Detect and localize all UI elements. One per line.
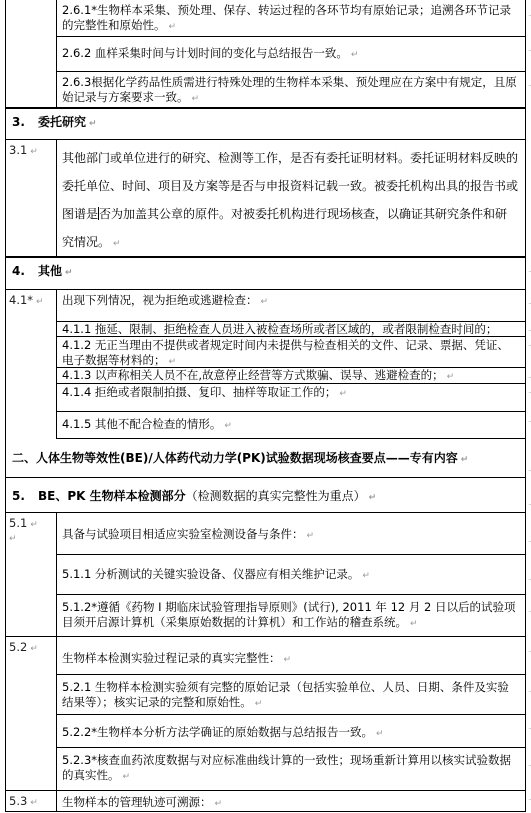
part-2-header: 二、人体生物等效性(BE)/人体药代动力学(PK)试验数据现场核查要点——专有内… [5, 439, 526, 478]
item-5-2-2[interactable]: 5.2.2*生物样本分析方法学确证的原始数据与总结报告一致。↵ [56, 715, 526, 748]
item-number-cell: 3.1↵ [5, 140, 56, 257]
section-5-header: 5.BE、PK 生物样本检测部分（检测数据的真实完整性为重点）↵ [5, 478, 526, 513]
paragraph-mark-icon: ↵ [261, 297, 269, 307]
item-2-6-2[interactable]: 2.6.2 血样采集时间与计划时间的变化与总结报告一致。↵ [56, 37, 526, 72]
item-number: 5.3 [9, 794, 27, 808]
paragraph-mark-icon: ↵ [123, 772, 131, 782]
section-title: 委托研究 [38, 115, 86, 129]
item-text: 4.1.3 以声称相关人员不在,故意停止经营等方式欺骗、误导、逃避检查的； [62, 368, 444, 382]
section-title: BE、PK 生物样本检测部分 [38, 489, 186, 503]
item-5-2-1[interactable]: 5.2.1 生物样本检测实验须有完整的原始记录（包括实验单位、人员、日期、条件及… [56, 675, 526, 715]
paragraph-mark-icon: ↵ [192, 94, 200, 104]
item-5-1-1[interactable]: 5.1.1 分析测试的关键实验设备、仪器应有相关维护记录。↵ [56, 555, 526, 595]
paragraph-mark-icon: ↵ [307, 531, 315, 541]
section-subtitle: （检测数据的真实完整性为重点） [186, 489, 366, 503]
paragraph-mark-icon: ↵ [30, 147, 38, 157]
paragraph-mark-icon: ↵ [65, 268, 73, 278]
paragraph-mark-icon: ↵ [410, 619, 418, 629]
item-text: 5.2.1 生物样本检测实验须有完整的原始记录（包括实验单位、人员、日期、条件及… [62, 680, 509, 709]
item-4-1-intro[interactable]: 出现下列情况，视为拒绝或逃避检查：↵ [56, 290, 526, 322]
paragraph-mark-icon: ↵ [376, 729, 384, 739]
item-number-cell: 4.1*↵ [5, 290, 56, 439]
paragraph-mark-icon: ↵ [369, 493, 377, 503]
paragraph-mark-icon: ↵ [113, 239, 121, 249]
item-number-cell: 5.3↵ [5, 791, 56, 812]
item-text: 4.1.2 无正当理由不提供或者规定时间内未提供与检查相关的文件、记录、票据、凭… [62, 338, 509, 367]
section-number: 5. [12, 489, 38, 503]
paragraph-mark-icon: ↵ [30, 644, 38, 654]
paragraph-mark-icon: ↵ [284, 655, 292, 665]
paragraph-mark-icon: ↵ [339, 389, 347, 399]
paragraph-mark-icon: ↵ [30, 798, 38, 808]
paragraph-mark-icon: ↵ [169, 22, 177, 32]
item-text: 生物样本的管理轨迹可溯源： [62, 795, 212, 809]
item-5-2-3[interactable]: 5.2.3*核查血药浓度数据与对应标准曲线计算的一致性；现场重新计算用以核实试验… [56, 748, 526, 791]
item-text: 2.6.2 血样采集时间与计划时间的变化与总结报告一致。 [62, 46, 348, 60]
item-text: 2.6.3根据化学药品性质需进行特殊处理的生物样本采集、预处理应在方案中有规定，… [62, 75, 517, 104]
item-text: 2.6.1*生物样本采集、预处理、保存、转运过程的各环节均有原始记录；追溯各环节… [62, 3, 511, 32]
item-5-3-intro[interactable]: 生物样本的管理轨迹可溯源：↵ [56, 791, 526, 812]
item-2-6-3[interactable]: 2.6.3根据化学药品性质需进行特殊处理的生物样本采集、预处理应在方案中有规定，… [56, 72, 526, 108]
item-text: 5.2.2*生物样本分析方法学确证的原始数据与总结报告一致。 [62, 725, 373, 739]
item-text: 5.1.1 分析测试的关键实验设备、仪器应有相关维护记录。 [62, 567, 359, 581]
item-2-6-1[interactable]: 2.6.1*生物样本采集、预处理、保存、转运过程的各环节均有原始记录；追溯各环节… [56, 0, 526, 37]
item-number: 5.1 [9, 516, 27, 530]
paragraph-mark-icon: ↵ [224, 421, 232, 431]
paragraph-mark-icon: ↵ [9, 534, 17, 544]
paragraph-mark-icon: ↵ [351, 50, 359, 60]
section-3-header: 3.委托研究↵ [5, 109, 526, 140]
paragraph-mark-icon: ↵ [30, 520, 38, 530]
section-number: 3. [12, 115, 38, 129]
paragraph-mark-icon: ↵ [362, 571, 370, 581]
item-text: 出现下列情况，视为拒绝或逃避检查： [62, 293, 258, 307]
item-number: 4.1* [9, 293, 33, 307]
item-4-1-4[interactable]: 4.1.4 拒绝或者限制拍摄、复印、抽样等取证工作的；↵ [56, 384, 526, 412]
continuation-left-cell [5, 0, 56, 108]
item-text: 4.1.1 拖延、限制、拒绝检查人员进入被检查场所或者区域的，或者限制检查时间的… [62, 322, 497, 336]
item-text: 4.1.4 拒绝或者限制拍摄、复印、抽样等取证工作的； [62, 385, 336, 399]
paragraph-mark-icon: ↵ [169, 357, 177, 367]
item-text: 具备与试验项目相适应实验室检测设备与条件： [62, 527, 304, 541]
item-text: 4.1.5 其他不配合检查的情形。 [62, 417, 221, 431]
item-4-1-2[interactable]: 4.1.2 无正当理由不提供或者规定时间内未提供与检查相关的文件、记录、票据、凭… [56, 337, 526, 368]
section-title: 其他 [38, 264, 62, 278]
section-4-header: 4.其他↵ [5, 258, 526, 290]
paragraph-mark-icon: ↵ [461, 455, 469, 465]
item-5-1-2[interactable]: 5.1.2*遵循《药物 I 期临床试验管理指导原则》(试行), 2011 年 1… [56, 595, 526, 637]
paragraph-mark-icon: ↵ [447, 372, 455, 382]
part-title: 二、人体生物等效性(BE)/人体药代动力学(PK)试验数据现场核查要点——专有内… [12, 451, 458, 465]
item-5-2-intro[interactable]: 生物样本检测实验过程记录的真实完整性：↵ [56, 637, 526, 675]
paragraph-mark-icon: ↵ [36, 297, 44, 307]
item-text-part-b: 否为加盖其公章的原件。对被委托机构进行现场核查，以确证其研究条件和研究情况。 [62, 207, 507, 249]
item-number: 3.1 [9, 143, 27, 157]
item-number-cell: 5.1↵↵ [5, 513, 56, 637]
paragraph-mark-icon: ↵ [89, 119, 97, 129]
paragraph-mark-icon: ↵ [215, 799, 223, 809]
item-4-1-3[interactable]: 4.1.3 以声称相关人员不在,故意停止经营等方式欺骗、误导、逃避检查的；↵ [56, 368, 526, 384]
item-4-1-5[interactable]: 4.1.5 其他不配合检查的情形。↵ [56, 412, 526, 439]
item-number-cell: 5.2↵ [5, 637, 56, 791]
item-text: 5.1.2*遵循《药物 I 期临床试验管理指导原则》(试行), 2011 年 1… [62, 600, 516, 629]
paragraph-mark-icon: ↵ [255, 699, 263, 709]
item-number: 5.2 [9, 640, 27, 654]
item-3-1[interactable]: 其他部门或单位进行的研究、检测等工作，是否有委托证明材料。委托证明材料反映的委托… [56, 140, 526, 257]
item-text: 生物样本检测实验过程记录的真实完整性： [62, 651, 281, 665]
section-number: 4. [12, 264, 38, 278]
item-5-1-intro[interactable]: 具备与试验项目相适应实验室检测设备与条件：↵ [56, 513, 526, 555]
item-4-1-1[interactable]: 4.1.1 拖延、限制、拒绝检查人员进入被检查场所或者区域的，或者限制检查时间的… [56, 322, 526, 337]
